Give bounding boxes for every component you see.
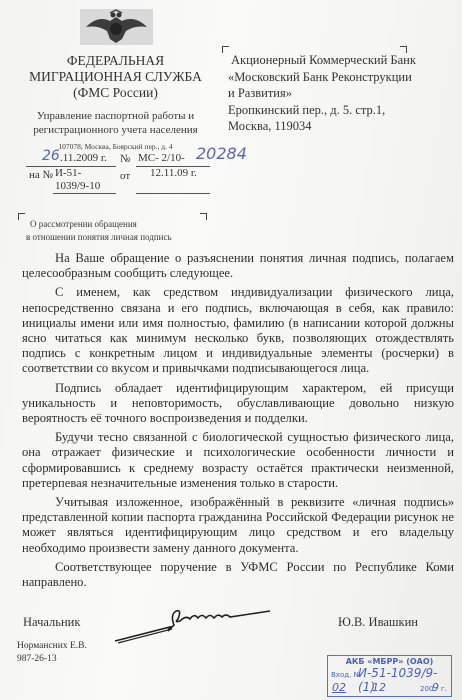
handwritten-signature-icon (110, 605, 280, 645)
executor-phone: 987-26-13 (17, 653, 87, 666)
body-paragraph: Подпись обладает идентифицирующим характ… (22, 381, 454, 427)
recipient-line1: Акционерный Коммерческий Банк (228, 52, 416, 69)
outgoing-number-label: № (120, 153, 131, 165)
stamp-incoming-label: Вход. № (331, 671, 361, 679)
outgoing-date-printed: .11.2009 г. (60, 152, 107, 164)
letter-page: ФЕДЕРАЛЬНАЯ МИГРАЦИОННАЯ СЛУЖБА (ФМС Рос… (0, 0, 462, 700)
executor-block: Нормансних Е.В. 987-26-13 (17, 640, 87, 666)
recipient-line5: Москва, 119034 (228, 118, 416, 135)
executor-name: Нормансних Е.В. (17, 640, 87, 653)
sender-org-line2: МИГРАЦИОННАЯ СЛУЖБА (0, 69, 231, 85)
reference-number-line2: 1039/9-10 (55, 180, 100, 192)
body-paragraph: С именем, как средством индивидуализации… (22, 285, 454, 376)
recipient-line2: «Московский Банк Реконструкции (228, 69, 416, 86)
recipient-line3: и Развития» (228, 85, 416, 102)
sender-dept-line2: регистрационного учета населения (0, 123, 231, 137)
sender-org-line3: (ФМС России) (0, 85, 231, 101)
stamp-month: 12 (372, 681, 386, 694)
subject-line2: в отношении понятия личная подпись (26, 231, 172, 244)
eagle-emblem-icon (80, 9, 153, 45)
signatory-name: Ю.В. Ивашкин (338, 615, 418, 630)
reference-number-line1: И-51- (55, 167, 81, 179)
outgoing-number-printed: МС- 2/10- (138, 152, 185, 164)
signatory-title: Начальник (23, 615, 80, 630)
recipient-line4: Еропкинский пер., д. 5. стр.1, (228, 102, 416, 119)
stamp-day: 02 (332, 681, 346, 694)
reference-date-label: от (120, 170, 130, 182)
stamp-year-label: г. (441, 685, 447, 693)
reference-date: 12.11.09 г. (150, 167, 197, 179)
body-paragraph: Учитывая изложенное, изображённый в рекв… (22, 495, 454, 556)
subject-line1: О рассмотрении обращения (26, 218, 172, 231)
stamp-org: АКБ «МБРР» (ОАО) (328, 657, 451, 666)
incoming-registration-stamp: АКБ «МБРР» (ОАО) Вход. № И-51-1039/9-(1)… (327, 655, 452, 697)
outgoing-date-day-handwritten: 26 (42, 148, 60, 164)
sender-dept-line1: Управление паспортной работы и (0, 109, 231, 123)
recipient-address-block: Акционерный Коммерческий Банк «Московски… (228, 52, 416, 135)
body-paragraph: На Ваше обращение о разъяснении понятия … (22, 251, 454, 281)
subject-block: О рассмотрении обращения в отношении пон… (26, 218, 172, 244)
subject-corner-mark (200, 213, 207, 220)
reference-date-field: 12.11.09 г. (136, 167, 210, 194)
sender-org-line1: ФЕДЕРАЛЬНАЯ (0, 53, 231, 69)
outgoing-number-handwritten: 20284 (196, 144, 247, 163)
reference-number-field: И-51- 1039/9-10 (53, 167, 116, 194)
letter-body: На Ваше обращение о разъяснении понятия … (22, 251, 454, 594)
body-paragraph: Соответствующее поручение в УФМС России … (22, 560, 454, 590)
outgoing-date-field: 26 .11.2009 г. (26, 151, 116, 167)
stamp-year-suffix: 9 (432, 681, 439, 694)
body-paragraph: Будучи тесно связанной с биологической с… (22, 430, 454, 491)
reference-number-label: на № (29, 169, 53, 181)
subject-corner-mark (18, 213, 25, 220)
